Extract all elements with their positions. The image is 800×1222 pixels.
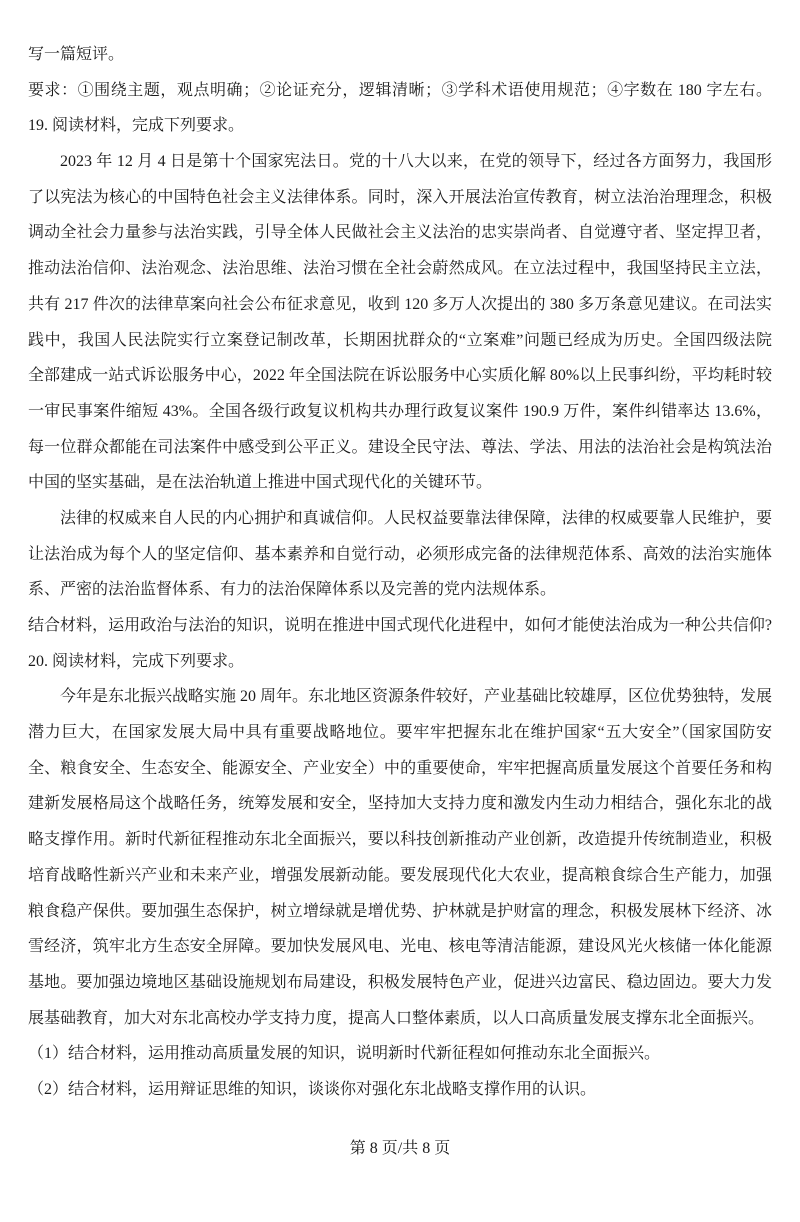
q20-material-line: 基地。要加强边境地区基础设施规划布局建设，积极发展特色产业，促进兴边富民、稳边固… bbox=[28, 965, 772, 1001]
q20-material-line: 略支撑作用。新时代新征程推动东北全面振兴，要以科技创新推动产业创新，改造提升传统… bbox=[28, 822, 772, 858]
exam-paper-page: { "colors": { "text": "#1a1a1a", "backgr… bbox=[0, 0, 800, 1222]
q19-material-line: 践中，我国人民法院实行立案登记制改革，长期困扰群众的“立案难”问题已经成为历史。… bbox=[28, 323, 772, 359]
q19-material-line: 中国的坚实基础，是在法治轨道上推进中国式现代化的关键环节。 bbox=[28, 465, 772, 501]
q19-material-line: 共有 217 件次的法律草案向社会公布征求意见，收到 120 多万人次提出的 3… bbox=[28, 287, 772, 323]
question-19-heading: 19. 阅读材料，完成下列要求。 bbox=[28, 108, 772, 144]
q20-material-line: 雪经济，筑牢北方生态安全屏障。要加快发展风电、光电、核电等清洁能源，建设风光火核… bbox=[28, 929, 772, 965]
question-20-material-paragraph: 今年是东北振兴战略实施 20 周年。东北地区资源条件较好，产业基础比较雄厚，区位… bbox=[28, 679, 772, 1036]
question-19-material-paragraph-2: 法律的权威来自人民的内心拥护和真诚信仰。人民权益要靠法律保障，法律的权威要靠人民… bbox=[28, 501, 772, 608]
prev-question-requirements-line: 要求：①围绕主题，观点明确；②论证充分，逻辑清晰；③学科术语使用规范；④字数在 … bbox=[28, 73, 772, 109]
q20-material-line: 今年是东北振兴战略实施 20 周年。东北地区资源条件较好，产业基础比较雄厚，区位… bbox=[28, 679, 772, 715]
q19-material-line: 调动全社会力量参与法治实践，引导全体人民做社会主义法治的忠实崇尚者、自觉遵守者、… bbox=[28, 215, 772, 251]
q20-material-line: 潜力巨大，在国家发展大局中具有重要战略地位。要牢牢把握东北在维护国家“五大安全”… bbox=[28, 715, 772, 751]
q19-material-line: 推动法治信仰、法治观念、法治思维、法治习惯在全社会蔚然成风。在立法过程中，我国坚… bbox=[28, 251, 772, 287]
q19-material-line: 系、严密的法治监督体系、有力的法治保障体系以及完善的党内法规体系。 bbox=[28, 572, 772, 608]
q20-material-line: 全、粮食安全、生态安全、能源安全、产业安全）中的重要使命，牢牢把握高质量发展这个… bbox=[28, 751, 772, 787]
question-20-task-1: （1）结合材料，运用推动高质量发展的知识，说明新时代新征程如何推动东北全面振兴。 bbox=[28, 1036, 772, 1072]
question-20-heading: 20. 阅读材料，完成下列要求。 bbox=[28, 644, 772, 680]
question-19-task: 结合材料，运用政治与法治的知识，说明在推进中国式现代化进程中，如何才能使法治成为… bbox=[28, 608, 772, 644]
question-19-material-paragraph-1: 2023 年 12 月 4 日是第十个国家宪法日。党的十八大以来，在党的领导下，… bbox=[28, 144, 772, 501]
document-page: 写一篇短评。 要求：①围绕主题，观点明确；②论证充分，逻辑清晰；③学科术语使用规… bbox=[0, 0, 800, 1166]
q19-material-line: 全部建成一站式诉讼服务中心，2022 年全国法院在诉讼服务中心实质化解 80%以… bbox=[28, 358, 772, 394]
q20-material-line: 粮食稳产保供。要加强生态保护，树立增绿就是增优势、护林就是护财富的理念，积极发展… bbox=[28, 894, 772, 930]
page-number-footer: 第 8 页/共 8 页 bbox=[28, 1131, 772, 1167]
prev-question-closing-line: 写一篇短评。 bbox=[28, 37, 772, 73]
q20-material-line: 培育战略性新兴产业和未来产业，增强发展新动能。要发展现代化大农业，提高粮食综合生… bbox=[28, 858, 772, 894]
q19-material-line: 了以宪法为核心的中国特色社会主义法律体系。同时，深入开展法治宣传教育，树立法治治… bbox=[28, 180, 772, 216]
q19-material-line: 2023 年 12 月 4 日是第十个国家宪法日。党的十八大以来，在党的领导下，… bbox=[28, 144, 772, 180]
q20-material-line: 建新发展格局这个战略任务，统筹发展和安全，坚持加大支持力度和激发内生动力相结合，… bbox=[28, 786, 772, 822]
q19-material-line: 法律的权威来自人民的内心拥护和真诚信仰。人民权益要靠法律保障，法律的权威要靠人民… bbox=[28, 501, 772, 537]
question-20-task-2: （2）结合材料，运用辩证思维的知识，谈谈你对强化东北战略支撑作用的认识。 bbox=[28, 1072, 772, 1108]
q19-material-line: 一审民事案件缩短 43%。全国各级行政复议机构共办理行政复议案件 190.9 万… bbox=[28, 394, 772, 430]
q19-material-line: 让法治成为每个人的坚定信仰、基本素养和自觉行动，必须形成完备的法律规范体系、高效… bbox=[28, 537, 772, 573]
q19-material-line: 每一位群众都能在司法案件中感受到公平正义。建设全民守法、尊法、学法、用法的法治社… bbox=[28, 430, 772, 466]
q20-material-line: 展基础教育，加大对东北高校办学支持力度，提高人口整体素质，以人口高质量发展支撑东… bbox=[28, 1001, 772, 1037]
